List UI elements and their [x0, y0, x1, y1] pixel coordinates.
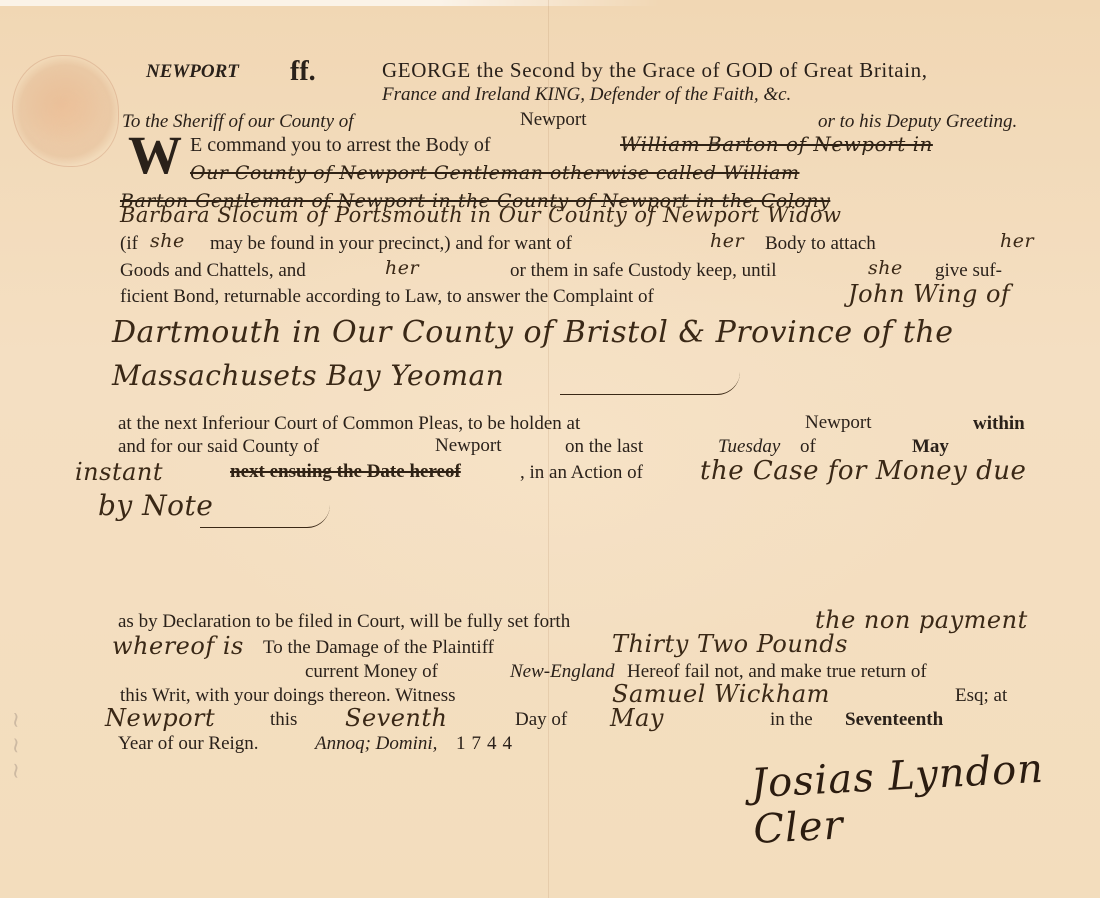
reign-text: Year of our Reign.	[118, 734, 259, 753]
bleedthrough-top-text	[640, 2, 860, 47]
this-text: this	[270, 710, 297, 729]
plaintiff-line-2: Dartmouth in Our County of Bristol & Pro…	[112, 318, 953, 348]
county-text: and for our said County of	[118, 437, 319, 456]
county-heading: NEWPORT	[146, 62, 239, 81]
sheriff-county: Newport	[520, 110, 586, 129]
bleedthrough-margin-text: ~ ~ ~	[4, 300, 94, 780]
plaintiff-line-3: Massachusets Bay Yeoman	[112, 362, 504, 390]
pronoun-her-2: her	[1000, 232, 1034, 251]
court-text: at the next Inferiour Court of Common Pl…	[118, 414, 580, 433]
writ-text: this Writ, with your doings thereon. Wit…	[120, 686, 456, 705]
custody-text: or them in safe Custody keep, until	[510, 261, 776, 280]
year: 1744	[456, 734, 518, 753]
in-the-text: in the	[770, 710, 813, 729]
body-attach-text: Body to attach	[765, 234, 876, 253]
day-ordinal: Seventh	[345, 706, 447, 730]
plaintiff-line-1: John Wing of	[848, 282, 1010, 306]
new-england-text: New-England	[510, 662, 615, 681]
header-line-1: GEORGE the Second by the Grace of GOD of…	[382, 60, 928, 81]
anno-domini: Annoq; Domini,	[315, 734, 437, 753]
flourish-1	[560, 372, 740, 395]
within-text: within	[973, 414, 1025, 433]
pronoun-she: she	[150, 232, 185, 251]
hereof-text: Hereof fail not, and make true return of	[627, 662, 927, 681]
month-signed: May	[610, 706, 664, 730]
deputy-greeting: or to his Deputy Greeting.	[818, 112, 1017, 131]
give-suf-text: give suf-	[935, 261, 1002, 280]
whereof-text: whereof is	[112, 634, 244, 658]
found-text-prefix: (if	[120, 234, 138, 253]
clerk-signature: Josias Lyndon Cler	[750, 743, 1100, 853]
declaration-text: as by Declaration to be filed in Court, …	[118, 612, 570, 631]
wax-seal-stain	[12, 55, 119, 167]
goods-text: Goods and Chattels, and	[120, 261, 306, 280]
action-type-1: the Case for Money due	[700, 458, 1026, 484]
bond-text: ficient Bond, returnable according to La…	[120, 287, 654, 306]
pronoun-her-3: her	[385, 259, 419, 278]
currency-text: current Money of	[305, 662, 438, 681]
court-place: Newport	[805, 413, 871, 432]
regnal-year: Seventeenth	[845, 710, 943, 729]
found-text: may be found in your precinct,) and for …	[210, 234, 572, 253]
struck-defendant-1: William Barton of Newport in	[620, 134, 933, 154]
struck-next-ensuing: next ensuing the Date hereof	[230, 462, 461, 481]
day-of-text: Day of	[515, 710, 567, 729]
of-text: of	[800, 437, 816, 456]
command-text: E command you to arrest the Body of	[190, 135, 491, 155]
fold-crease	[548, 0, 549, 898]
document-page: ~ ~ ~ NEWPORT ff. GEORGE the Second by t…	[0, 0, 1100, 898]
esq-text: Esq; at	[955, 686, 1007, 705]
weekday: Tuesday	[718, 437, 780, 456]
action-of-text: , in an Action of	[520, 463, 643, 482]
nonpayment-text: the non payment	[815, 608, 1028, 632]
defendant-name: Barbara Slocum of Portsmouth in Our Coun…	[120, 205, 842, 226]
header-line-2: France and Ireland KING, Defender of the…	[382, 85, 791, 104]
witness-name: Samuel Wickham	[612, 682, 830, 706]
pronoun-her: her	[710, 232, 744, 251]
court-month: May	[912, 437, 949, 456]
torn-edge	[0, 0, 1100, 6]
ss-mark: ff.	[290, 58, 316, 86]
damage-amount: Thirty Two Pounds	[612, 632, 848, 656]
damage-text: To the Damage of the Plaintiff	[263, 638, 494, 657]
flourish-2	[200, 505, 330, 528]
place-signed: Newport	[105, 706, 215, 730]
on-last-text: on the last	[565, 437, 643, 456]
action-type-2: by Note	[98, 492, 213, 520]
court-county: Newport	[435, 436, 501, 455]
instant-word: instant	[75, 460, 163, 484]
drop-cap: W	[128, 128, 182, 182]
struck-defendant-2: Our County of Newport Gentleman otherwis…	[190, 164, 799, 183]
pronoun-she-2: she	[868, 259, 903, 278]
